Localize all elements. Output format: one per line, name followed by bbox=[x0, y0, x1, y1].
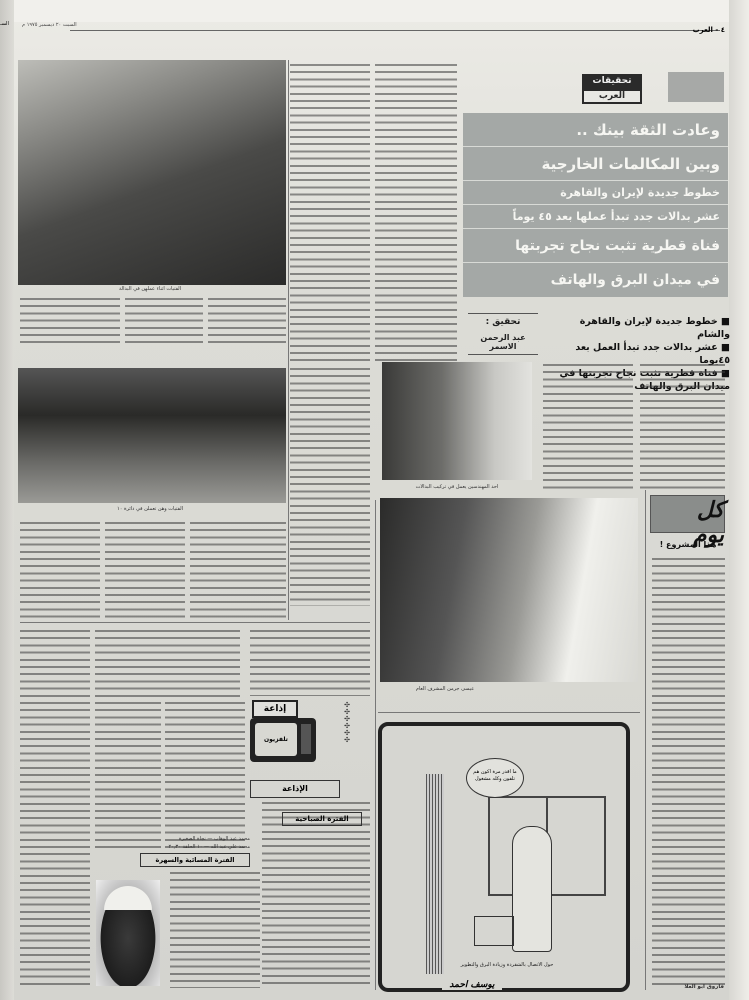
article-text-column bbox=[125, 296, 203, 346]
article-text-column bbox=[208, 296, 286, 346]
column-logo: كل يوم bbox=[650, 495, 725, 533]
cartoonist-signature: يوسف احمد bbox=[442, 980, 502, 990]
headline-line: وعادت الثقة بينك .. bbox=[463, 113, 728, 147]
radio-logo: إذاعة bbox=[252, 700, 298, 718]
morning-section-heading: الفترة الصباحية bbox=[282, 812, 362, 826]
section-rubric: تحقيقات العرب bbox=[582, 74, 642, 106]
grey-tint-block bbox=[668, 72, 724, 102]
portrait-photo bbox=[96, 880, 160, 986]
adjacent-page-fragment: السـ bbox=[0, 21, 9, 27]
schedule-column bbox=[95, 700, 161, 850]
page-number: ٤ - العرب bbox=[693, 26, 725, 34]
schedule-column bbox=[170, 870, 260, 988]
schedule-sample-line: محمد عبد الوهاب — نجاة الصغيرة bbox=[100, 836, 250, 842]
headline-line: عشر بدالات جدد تبدأ عملها بعد ٤٥ يوماً bbox=[463, 205, 728, 229]
subhead-line: ■ خطوط جديدة لإيران والقاهرة والشام bbox=[545, 315, 730, 341]
section-divider bbox=[20, 622, 370, 623]
cartoon-figure bbox=[512, 826, 552, 952]
article-text-column bbox=[640, 362, 725, 490]
tv-knobs bbox=[301, 724, 311, 754]
schedule-column bbox=[250, 628, 370, 696]
editorial-cartoon: ما اقدر مرة اكون هم تلفون وكله مشغول حول… bbox=[378, 722, 630, 992]
cartoon-phone-table bbox=[474, 916, 514, 946]
headline-line: فناة قطرية تثبت نجاح تجربتها bbox=[463, 229, 728, 263]
schedule-column bbox=[165, 700, 245, 850]
article-text-column bbox=[190, 520, 286, 618]
article-text-column bbox=[290, 62, 370, 362]
schedule-column bbox=[262, 800, 370, 988]
cartoon-wall bbox=[426, 774, 444, 974]
photo-supervisor-on-phone bbox=[380, 498, 638, 682]
byline-rule bbox=[468, 354, 538, 355]
byline: تحقيق : عبد الرحمن الاسمر bbox=[468, 310, 538, 358]
rubric-line-1: تحقيقات bbox=[582, 74, 642, 89]
ornament-divider: ✣✣✣✣✣✣ bbox=[342, 702, 352, 744]
radio-section-heading: الإذاعة bbox=[250, 780, 340, 798]
photo-engineer-installing bbox=[382, 362, 532, 480]
left-page-edge bbox=[0, 0, 14, 1000]
headline-box: وعادت الثقة بينك .. وبين المكالمات الخار… bbox=[463, 113, 728, 297]
photo-caption: الفتيات اثناء عملهن في البدالة bbox=[40, 286, 260, 292]
rubric-line-2: العرب bbox=[582, 89, 642, 104]
photo-exchange-room bbox=[18, 368, 286, 503]
column-title: هذا المشروع ! bbox=[652, 540, 724, 549]
headline-line: وبين المكالمات الخارجية bbox=[463, 147, 728, 181]
byline-rule bbox=[468, 313, 538, 314]
column-divider bbox=[288, 60, 289, 620]
article-text-column bbox=[375, 62, 457, 362]
article-text-column bbox=[105, 520, 185, 618]
headline-line: في ميدان البرق والهاتف bbox=[463, 263, 728, 297]
photo-caption: احد المهندسين يعمل في تركيب البدالات bbox=[382, 484, 532, 490]
top-sheet-edge bbox=[0, 0, 749, 22]
column-divider bbox=[375, 500, 376, 990]
article-text-column bbox=[20, 520, 100, 618]
cartoon-caption: حول الاتصال بالشقردة وزيادة البرق والتطو… bbox=[452, 962, 562, 968]
right-page-edge bbox=[729, 0, 749, 1000]
photo-caption: عيسى جرمن المشرف العام bbox=[380, 686, 510, 692]
article-text-column bbox=[543, 362, 633, 492]
section-divider bbox=[378, 712, 640, 713]
column-text bbox=[652, 556, 725, 986]
tv-screen-label: تلفزيون bbox=[255, 723, 297, 756]
photo-caption: الفتيات وهن تعملن في دائرة ١٠ bbox=[40, 506, 260, 512]
dateline: السبت ٢٠ ديسمبر ١٩٧٥ م bbox=[22, 22, 77, 28]
byline-author: عبد الرحمن الاسمر bbox=[468, 333, 538, 351]
column-author: فاروق ابو العلا bbox=[652, 984, 724, 990]
article-text-column bbox=[20, 296, 120, 346]
schedule-column bbox=[95, 628, 240, 698]
headline-line: خطوط جديدة لإيران والقاهرة bbox=[463, 181, 728, 205]
newspaper-page: السـ السبت ٢٠ ديسمبر ١٩٧٥ م ٤ - العرب تح… bbox=[0, 0, 749, 1000]
thought-bubble: ما اقدر مرة اكون هم تلفون وكله مشغول bbox=[466, 758, 524, 798]
schedule-sample-line: محمد علي عبد الله — ١٠ الحلقة ٢٠٫٣٠ bbox=[100, 844, 250, 850]
photo-switchboard-operators bbox=[18, 60, 286, 285]
header-rule bbox=[70, 30, 720, 31]
schedule-column bbox=[20, 628, 90, 988]
article-text-column bbox=[290, 366, 370, 606]
byline-role: تحقيق : bbox=[468, 317, 538, 327]
column-divider bbox=[645, 490, 646, 990]
tv-icon: تلفزيون bbox=[250, 718, 316, 762]
evening-section-heading: الفترة المسائية والسهرة bbox=[140, 853, 250, 867]
